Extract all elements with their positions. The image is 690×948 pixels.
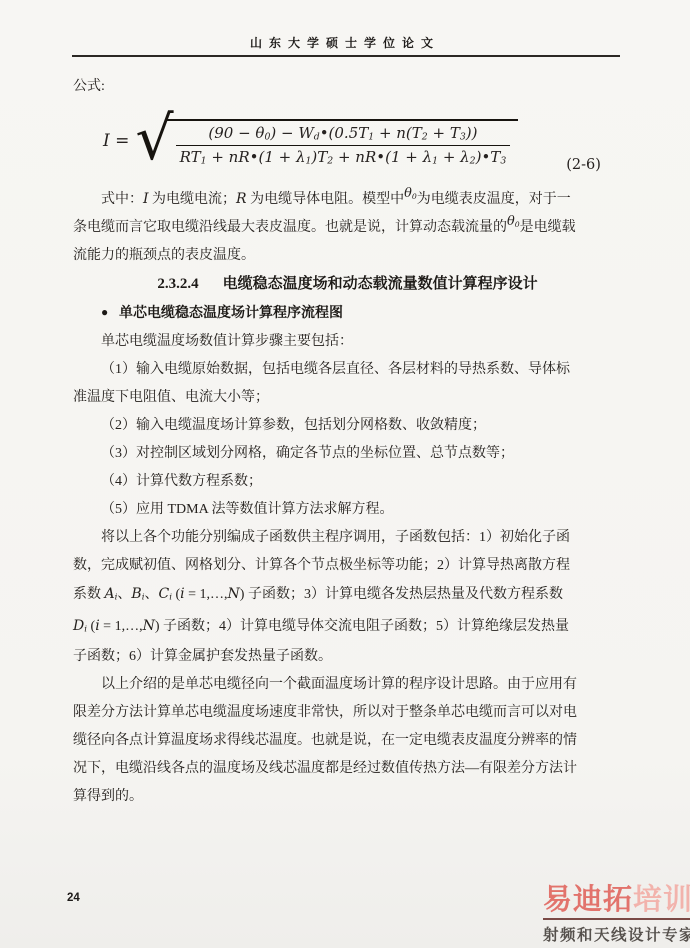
page-body: 公式: I = √ (90 − θ0) − Wd•(0.5T1 + n(T2 +…	[73, 57, 622, 811]
bullet-icon: ●	[101, 305, 108, 319]
formula-label: 公式:	[73, 73, 622, 101]
paragraph-conclusion: 以上介绍的是单芯电缆径向一个截面温度场计算的程序设计思路。由于应用有 限差分方法…	[73, 671, 622, 811]
equation-2-6: I = √ (90 − θ0) − Wd•(0.5T1 + n(T2 + T3)…	[103, 105, 622, 177]
watermark-logo: 易迪拓培训 射频和天线设计专家	[543, 886, 690, 945]
step-item-2: （2）输入电缆温度场计算参数，包括划分网格数、收敛精度；	[73, 412, 622, 440]
radicand: (90 − θ0) − Wd•(0.5T1 + n(T2 + T3)) RT1 …	[166, 119, 519, 169]
page-header: 山东大学硕士学位论文	[0, 0, 690, 57]
equation-numerator: (90 − θ0) − Wd•(0.5T1 + n(T2 + T3))	[200, 124, 485, 145]
watermark-tagline: 射频和天线设计专家	[543, 923, 690, 945]
step-item-1: （1）输入电缆原始数据，包括电缆各层直径、各层材料的导热系数、导体标 准温度下电…	[73, 356, 622, 412]
section-title: 电缆稳态温度场和动态载流量数值计算程序设计	[223, 276, 538, 292]
steps-intro: 单芯电缆温度场数值计算步骤主要包括：	[73, 328, 622, 356]
equation-number: (2-6)	[566, 157, 601, 173]
section-number: 2.3.2.4	[157, 276, 198, 292]
paragraph-formula-explanation: 式中：I 为电缆电流；R 为电缆导体电阻。模型中θ0为电缆表皮温度，对于一 条电…	[73, 185, 622, 270]
page-number: 24	[67, 892, 80, 904]
watermark-brand: 易迪拓培训	[543, 886, 690, 920]
step-item-3: （3）对控制区域划分网格，确定各节点的坐标位置、总节点数等；	[73, 440, 622, 468]
bullet-item: ●单芯电缆稳态温度场计算程序流程图	[73, 298, 622, 328]
watermark-brand-secondary: 培训	[633, 884, 690, 916]
thesis-scan-page: 山东大学硕士学位论文 公式: I = √ (90 − θ0) − Wd•(0.5…	[0, 0, 690, 948]
fraction: (90 − θ0) − Wd•(0.5T1 + n(T2 + T3)) RT1 …	[176, 124, 511, 166]
bullet-label: 单芯电缆稳态温度场计算程序流程图	[119, 306, 343, 321]
equation-denominator: RT1 + nR•(1 + λ1)T2 + nR•(1 + λ1 + λ2)•T…	[176, 145, 511, 167]
equation-lhs: I =	[103, 131, 129, 151]
square-root-expression: √ (90 − θ0) − Wd•(0.5T1 + n(T2 + T3)) RT…	[135, 113, 518, 169]
paragraph-subfunctions: 将以上各个功能分别编成子函数供主程序调用，子函数包括：1）初始化子函 数，完成赋…	[73, 524, 622, 671]
header-title: 山东大学硕士学位论文	[0, 0, 690, 51]
step-item-5: （5）应用 TDMA 法等数值计算方法求解方程。	[73, 496, 622, 524]
watermark-brand-primary: 易迪拓	[543, 884, 633, 916]
step-item-4: （4）计算代数方程系数；	[73, 468, 622, 496]
section-heading: 2.3.2.4电缆稳态温度场和动态载流量数值计算程序设计	[73, 270, 622, 298]
